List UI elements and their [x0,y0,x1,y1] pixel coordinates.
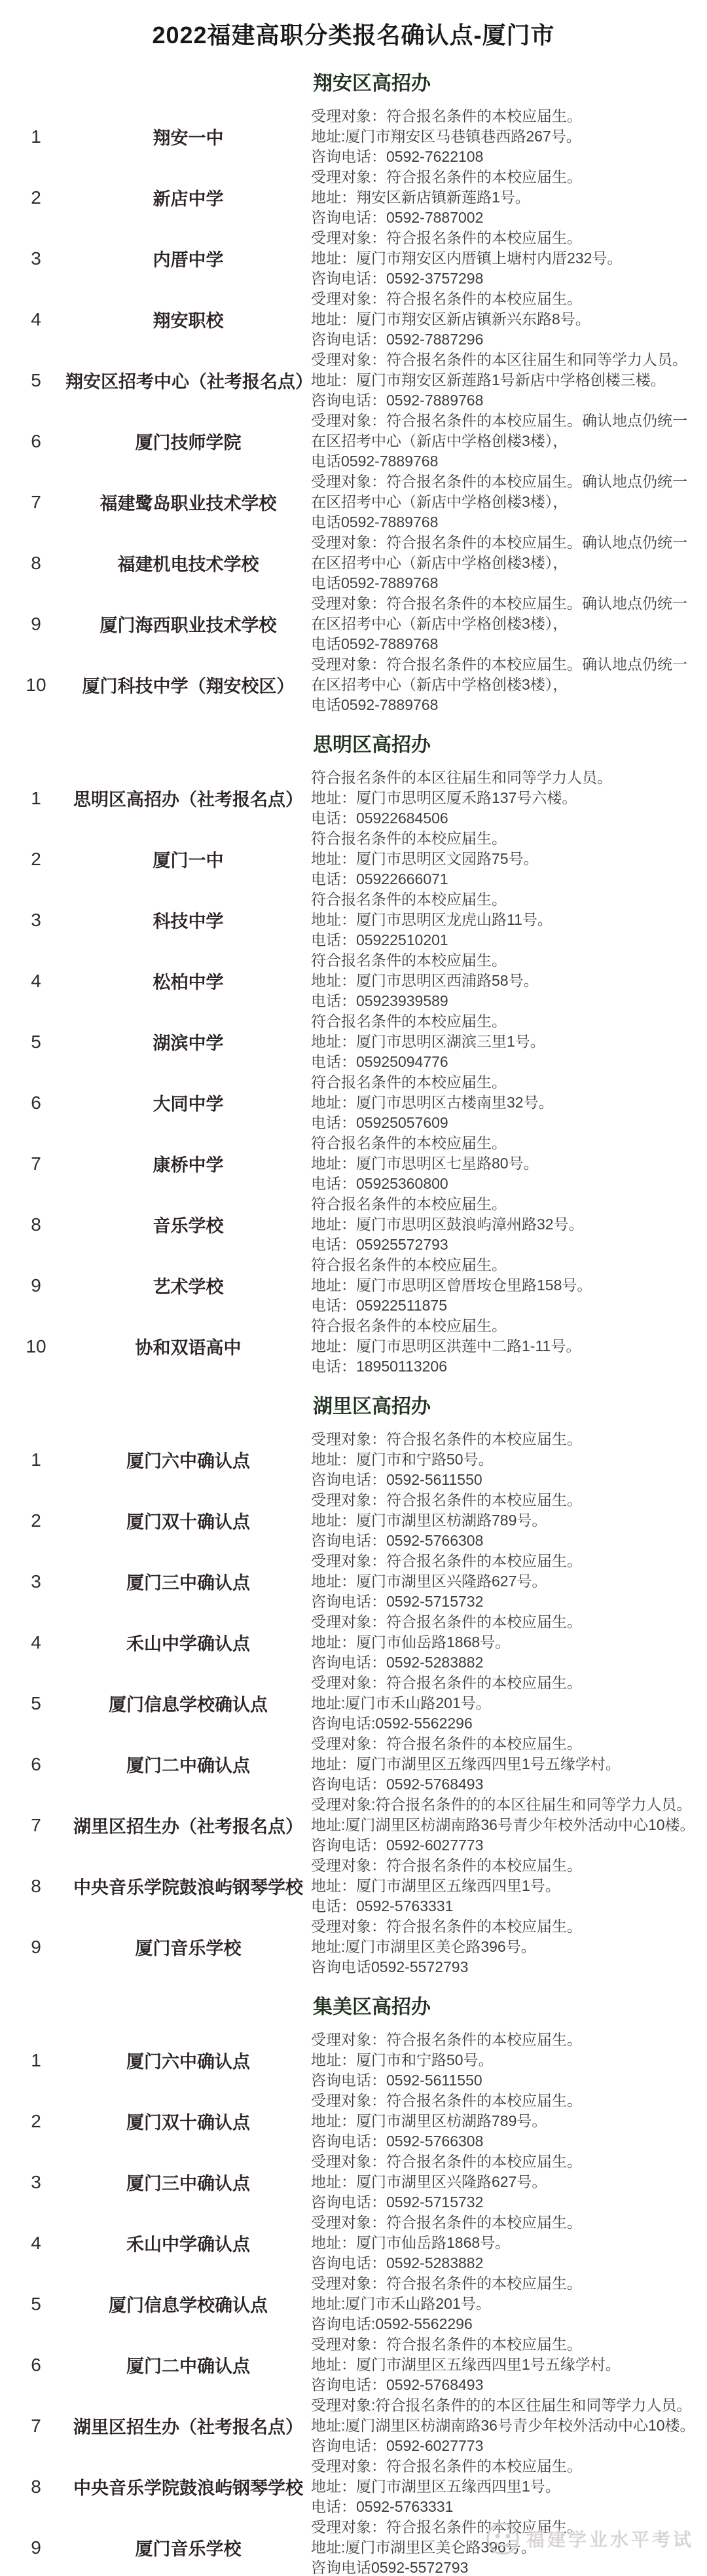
detail-line: 咨询电话：0592-5766308 [311,1531,707,1551]
detail-line: 电话：05925572793 [311,1235,707,1255]
detail-line: 咨询电话：0592-5715732 [311,1592,707,1612]
detail-line: 符合报名条件的本校应届生。 [311,1072,707,1092]
detail-line: 在区招考中心（新店中学格创楼3楼）， [311,431,707,451]
detail-line: 受理对象：符合报名条件的本校应届生。 [311,2030,707,2050]
school-name: 禾山中学确认点 [65,2230,311,2256]
detail-line: 受理对象：符合报名条件的本校应届生。 [311,2273,707,2294]
confirmation-point-row: 3 厦门三中确认点 受理对象：符合报名条件的本校应届生。地址：厦门市湖里区兴隆路… [0,1551,707,1612]
confirmation-point-row: 8 音乐学校 符合报名条件的本校应届生。地址：厦门市思明区鼓浪屿漳州路32号。电… [0,1194,707,1255]
detail-line: 符合报名条件的本校应届生。 [311,1133,707,1153]
row-number: 4 [0,2233,65,2254]
detail-line: 受理对象：符合报名条件的本校应届生。 [311,1734,707,1754]
detail-line: 地址：厦门市思明区龙虎山路11号。 [311,910,707,930]
detail-line: 咨询电话0592-5572793 [311,1957,707,1977]
row-details: 受理对象：符合报名条件的本校应届生。地址:厦门市翔安区马巷镇巷西路267号。咨询… [311,106,707,167]
row-number: 5 [0,2294,65,2315]
school-name: 松柏中学 [65,968,311,994]
row-details: 受理对象：符合报名条件的本校应届生。地址：厦门市湖里区五缘西四里1号。电话：05… [311,2456,707,2517]
confirmation-point-row: 5 厦门信息学校确认点 受理对象：符合报名条件的本校应届生。地址:厦门市禾山路2… [0,1673,707,1734]
row-details: 受理对象：符合报名条件的本校应届生。地址：厦门市湖里区兴隆路627号。咨询电话：… [311,2152,707,2212]
detail-line: 地址:厦门市翔安区马巷镇巷西路267号。 [311,126,707,147]
school-name: 思明区高招办（社考报名点） [65,785,311,811]
confirmation-point-row: 6 大同中学 符合报名条件的本校应届生。地址：厦门市思明区古楼南里32号。电话：… [0,1072,707,1133]
row-number: 6 [0,1754,65,1775]
row-details: 受理对象：符合报名条件的本校应届生。确认地点仍统一在区招考中心（新店中学格创楼3… [311,411,707,472]
detail-line: 受理对象：符合报名条件的本校应届生。 [311,1612,707,1632]
section-header: 湖里区高招办 [313,1394,707,1420]
confirmation-point-row: 4 禾山中学确认点 受理对象：符合报名条件的本校应届生。地址：厦门市仙岳路186… [0,2212,707,2273]
school-name: 湖里区招生办（社考报名点） [65,2413,311,2438]
row-number: 9 [0,2537,65,2558]
row-number: 3 [0,910,65,931]
school-name: 厦门海西职业技术学校 [65,611,311,637]
row-details: 受理对象：符合报名条件的本校应届生。地址：厦门市仙岳路1868号。咨询电话：05… [311,2212,707,2273]
detail-line: 地址:厦门市湖里区美仑路396号。 [311,1937,707,1957]
row-number: 4 [0,309,65,330]
row-number: 1 [0,788,65,809]
detail-line: 受理对象：符合报名条件的本校应届生。确认地点仍统一 [311,472,707,492]
detail-line: 电话：18950113206 [311,1356,707,1377]
row-details: 受理对象：符合报名条件的本校应届生。地址:厦门市禾山路201号。咨询电话:059… [311,1673,707,1734]
detail-line: 电话：05923939589 [311,991,707,1011]
detail-line: 受理对象：符合报名条件的本区往届生和同等学力人员。 [311,350,707,370]
detail-line: 受理对象：符合报名条件的本校应届生。 [311,2091,707,2111]
detail-line: 咨询电话：0592-5283882 [311,2253,707,2273]
school-name: 禾山中学确认点 [65,1630,311,1655]
detail-line: 咨询电话:0592-5562296 [311,1713,707,1734]
school-name: 内厝中学 [65,246,311,271]
row-number: 2 [0,1510,65,1531]
row-details: 符合报名条件的本区往届生和同等学力人员。地址：厦门市思明区厦禾路137号六楼。电… [311,768,707,829]
detail-line: 电话：05922511875 [311,1296,707,1316]
row-details: 受理对象：符合报名条件的本校应届生。地址：厦门市湖里区五缘西四里1号五缘学村。咨… [311,1734,707,1795]
row-details: 受理对象：符合报名条件的本校应届生。确认地点仍统一在区招考中心（新店中学格创楼3… [311,472,707,532]
row-number: 6 [0,1092,65,1113]
confirmation-point-row: 9 厦门音乐学校 受理对象：符合报名条件的本校应届生。地址:厦门市湖里区美仑路3… [0,1916,707,1977]
detail-line: 受理对象：符合报名条件的本校应届生。 [311,2334,707,2355]
detail-line: 地址：厦门市和宁路50号。 [311,1449,707,1470]
confirmation-point-row: 8 中央音乐学院鼓浪屿钢琴学校 受理对象：符合报名条件的本校应届生。地址：厦门市… [0,1856,707,1916]
confirmation-point-row: 2 新店中学 受理对象：符合报名条件的本校应届生。地址：翔安区新店镇新莲路1号。… [0,167,707,228]
document-page: { "title": "2022福建高职分类报名确认点-厦门市", "water… [0,0,707,2576]
confirmation-point-row: 7 康桥中学 符合报名条件的本校应届生。地址：厦门市思明区七星路80号。电话：0… [0,1133,707,1194]
detail-line: 受理对象：符合报名条件的本校应届生。 [311,1551,707,1571]
row-number: 7 [0,2416,65,2436]
detail-line: 咨询电话：0592-5283882 [311,1652,707,1673]
detail-line: 电话0592-7889768 [311,573,707,593]
school-name: 厦门音乐学校 [65,1934,311,1960]
detail-line: 地址：厦门市思明区七星路80号。 [311,1153,707,1174]
section-rows: 1 厦门六中确认点 受理对象：符合报名条件的本校应届生。地址：厦门市和宁路50号… [0,1429,707,1977]
detail-line: 地址:厦门湖里区枋湖南路36号青少年校外活动中心10楼。 [311,1815,707,1835]
confirmation-point-row: 6 厦门技师学院 受理对象：符合报名条件的本校应届生。确认地点仍统一在区招考中心… [0,411,707,472]
row-details: 符合报名条件的本校应届生。地址：厦门市思明区曾厝垵仓里路158号。电话：0592… [311,1255,707,1316]
detail-line: 地址：厦门市湖里区五缘西四里1号。 [311,2476,707,2497]
row-details: 符合报名条件的本校应届生。地址：厦门市思明区湖滨三里1号。电话：05925094… [311,1011,707,1072]
school-name: 厦门二中确认点 [65,2352,311,2378]
detail-line: 咨询电话：0592-5611550 [311,1470,707,1490]
row-number: 8 [0,1214,65,1235]
school-name: 大同中学 [65,1090,311,1115]
detail-line: 地址：厦门市湖里区五缘西四里1号。 [311,1876,707,1896]
row-number: 9 [0,1937,65,1958]
detail-line: 地址：厦门市思明区鼓浪屿漳州路32号。 [311,1214,707,1235]
detail-line: 受理对象：符合报名条件的本校应届生。 [311,228,707,248]
detail-line: 符合报名条件的本校应届生。 [311,1316,707,1336]
detail-line: 受理对象：符合报名条件的本校应届生。 [311,1490,707,1510]
confirmation-point-row: 2 厦门双十确认点 受理对象：符合报名条件的本校应届生。地址：厦门市湖里区枋湖路… [0,2091,707,2152]
row-number: 2 [0,2111,65,2132]
school-name: 厦门科技中学（翔安校区） [65,672,311,698]
detail-line: 地址：厦门市翔安区新店镇新兴东路8号。 [311,309,707,329]
district-section: 思明区高招办 1 思明区高招办（社考报名点） 符合报名条件的本区往届生和同等学力… [0,732,707,1377]
detail-line: 咨询电话：0592-3757298 [311,269,707,289]
row-number: 2 [0,849,65,870]
detail-line: 受理对象：符合报名条件的本校应届生。 [311,167,707,187]
row-details: 受理对象：符合报名条件的本校应届生。地址：厦门市湖里区兴隆路627号。咨询电话：… [311,1551,707,1612]
confirmation-point-row: 10 厦门科技中学（翔安校区） 受理对象：符合报名条件的本校应届生。确认地点仍统… [0,654,707,715]
confirmation-point-row: 2 厦门一中 符合报名条件的本校应届生。地址：厦门市思明区文园路75号。电话：0… [0,829,707,889]
detail-line: 电话0592-7889768 [311,634,707,654]
detail-line: 咨询电话：0592-7887296 [311,329,707,350]
row-number: 3 [0,1571,65,1592]
detail-line: 在区招考中心（新店中学格创楼3楼）， [311,492,707,512]
detail-line: 受理对象：符合报名条件的本校应届生。确认地点仍统一 [311,532,707,553]
detail-line: 地址：厦门市湖里区枋湖路789号。 [311,1510,707,1531]
detail-line: 地址:厦门市湖里区美仑路396号。 [311,2537,707,2558]
row-details: 受理对象：符合报名条件的本校应届生。确认地点仍统一在区招考中心（新店中学格创楼3… [311,532,707,593]
district-section: 集美区高招办 1 厦门六中确认点 受理对象：符合报名条件的本校应届生。地址：厦门… [0,1994,707,2576]
school-name: 科技中学 [65,907,311,933]
detail-line: 受理对象:符合报名条件的的本区往届生和同等学力人员。 [311,1795,707,1815]
row-details: 受理对象：符合报名条件的本校应届生。地址：厦门市翔安区内厝镇上塘村内厝232号。… [311,228,707,289]
detail-line: 地址：翔安区新店镇新莲路1号。 [311,187,707,208]
school-name: 厦门双十确认点 [65,1508,311,1533]
detail-line: 电话：05925360800 [311,1174,707,1194]
detail-line: 地址：厦门市和宁路50号。 [311,2050,707,2070]
detail-line: 地址：厦门市湖里区兴隆路627号。 [311,2172,707,2192]
detail-line: 受理对象：符合报名条件的本校应届生。 [311,289,707,309]
detail-line: 咨询电话:0592-5562296 [311,2314,707,2334]
confirmation-point-row: 7 湖里区招生办（社考报名点） 受理对象:符合报名条件的的本区往届生和同等学力人… [0,1795,707,1856]
detail-line: 受理对象：符合报名条件的本校应届生。确认地点仍统一 [311,654,707,675]
row-number: 6 [0,431,65,452]
school-name: 厦门信息学校确认点 [65,2291,311,2317]
section-header: 集美区高招办 [313,1994,707,2021]
section-rows: 1 思明区高招办（社考报名点） 符合报名条件的本区往届生和同等学力人员。地址：厦… [0,768,707,1377]
section-rows: 1 翔安一中 受理对象：符合报名条件的本校应届生。地址:厦门市翔安区马巷镇巷西路… [0,106,707,715]
detail-line: 地址：厦门市思明区文园路75号。 [311,849,707,869]
detail-line: 地址：厦门市仙岳路1868号。 [311,1632,707,1652]
row-details: 受理对象：符合报名条件的本校应届生。地址：厦门市湖里区枋湖路789号。咨询电话：… [311,2091,707,2152]
confirmation-point-row: 8 福建机电技术学校 受理对象：符合报名条件的本校应届生。确认地点仍统一在区招考… [0,532,707,593]
district-section: 湖里区高招办 1 厦门六中确认点 受理对象：符合报名条件的本校应届生。地址：厦门… [0,1394,707,1977]
detail-line: 地址：厦门市思明区洪莲中二路1-11号。 [311,1336,707,1356]
school-name: 厦门一中 [65,846,311,872]
section-header: 翔安区高招办 [313,71,707,97]
school-name: 新店中学 [65,185,311,210]
row-number: 1 [0,1449,65,1470]
row-details: 符合报名条件的本校应届生。地址：厦门市思明区西浦路58号。电话：05923939… [311,950,707,1011]
row-details: 符合报名条件的本校应届生。地址：厦门市思明区文园路75号。电话：05922666… [311,829,707,889]
confirmation-point-row: 1 翔安一中 受理对象：符合报名条件的本校应届生。地址:厦门市翔安区马巷镇巷西路… [0,106,707,167]
detail-line: 受理对象：符合报名条件的本校应届生。 [311,1916,707,1937]
row-number: 5 [0,370,65,391]
row-details: 受理对象：符合报名条件的本校应届生。地址：翔安区新店镇新莲路1号。咨询电话：05… [311,167,707,228]
detail-line: 电话：0592-5763331 [311,1896,707,1916]
detail-line: 地址：厦门市思明区古楼南里32号。 [311,1092,707,1113]
row-number: 8 [0,553,65,574]
detail-line: 咨询电话：0592-7887002 [311,208,707,228]
row-details: 受理对象：符合报名条件的本校应届生。地址:厦门市禾山路201号。咨询电话:059… [311,2273,707,2334]
confirmation-point-row: 7 福建鹭岛职业技术学校 受理对象：符合报名条件的本校应届生。确认地点仍统一在区… [0,472,707,532]
confirmation-table: 翔安区高招办 1 翔安一中 受理对象：符合报名条件的本校应届生。地址:厦门市翔安… [0,71,707,2576]
row-details: 受理对象:符合报名条件的的本区往届生和同等学力人员。地址:厦门湖里区枋湖南路36… [311,2395,707,2456]
detail-line: 地址：厦门市湖里区五缘西四里1号五缘学村。 [311,1754,707,1774]
confirmation-point-row: 7 湖里区招生办（社考报名点） 受理对象:符合报名条件的的本区往届生和同等学力人… [0,2395,707,2456]
school-name: 厦门音乐学校 [65,2535,311,2560]
detail-line: 符合报名条件的本校应届生。 [311,1194,707,1214]
school-name: 厦门六中确认点 [65,1447,311,1472]
school-name: 湖滨中学 [65,1029,311,1055]
row-number: 10 [0,675,65,696]
section-rows: 1 厦门六中确认点 受理对象：符合报名条件的本校应届生。地址：厦门市和宁路50号… [0,2030,707,2576]
row-details: 受理对象：符合报名条件的本校应届生。地址：厦门市翔安区新店镇新兴东路8号。咨询电… [311,289,707,350]
detail-line: 电话：05925094776 [311,1052,707,1072]
detail-line: 咨询电话：0592-5715732 [311,2192,707,2212]
row-number: 7 [0,492,65,513]
detail-line: 受理对象：符合报名条件的本校应届生。 [311,1429,707,1449]
detail-line: 受理对象：符合报名条件的本校应届生。 [311,1673,707,1693]
school-name: 厦门双十确认点 [65,2108,311,2134]
detail-line: 受理对象：符合报名条件的本校应届生。 [311,2456,707,2476]
detail-line: 地址：厦门市仙岳路1868号。 [311,2233,707,2253]
row-details: 符合报名条件的本校应届生。地址：厦门市思明区七星路80号。电话：05925360… [311,1133,707,1194]
row-details: 受理对象:符合报名条件的的本区往届生和同等学力人员。地址:厦门湖里区枋湖南路36… [311,1795,707,1856]
detail-line: 电话0592-7889768 [311,695,707,715]
school-name: 厦门信息学校确认点 [65,1690,311,1716]
detail-line: 电话：0592-5763331 [311,2497,707,2517]
confirmation-point-row: 3 科技中学 符合报名条件的本校应届生。地址：厦门市思明区龙虎山路11号。电话：… [0,889,707,950]
detail-line: 在区招考中心（新店中学格创楼3楼）， [311,614,707,634]
detail-line: 受理对象：符合报名条件的本校应届生。确认地点仍统一 [311,411,707,431]
row-number: 6 [0,2355,65,2376]
confirmation-point-row: 10 协和双语高中 符合报名条件的本校应届生。地址：厦门市思明区洪莲中二路1-1… [0,1316,707,1377]
confirmation-point-row: 1 思明区高招办（社考报名点） 符合报名条件的本区往届生和同等学力人员。地址：厦… [0,768,707,829]
detail-line: 符合报名条件的本校应届生。 [311,1011,707,1032]
row-number: 9 [0,1275,65,1296]
school-name: 康桥中学 [65,1151,311,1176]
row-number: 1 [0,126,65,147]
row-number: 10 [0,1336,65,1357]
detail-line: 受理对象：符合报名条件的本校应届生。 [311,2517,707,2537]
school-name: 厦门技师学院 [65,428,311,454]
detail-line: 电话：05922666071 [311,869,707,889]
detail-line: 电话0592-7889768 [311,451,707,472]
confirmation-point-row: 9 厦门音乐学校 受理对象：符合报名条件的本校应届生。地址:厦门市湖里区美仑路3… [0,2517,707,2576]
row-number: 8 [0,1876,65,1897]
detail-line: 地址：厦门市湖里区枋湖路789号。 [311,2111,707,2131]
confirmation-point-row: 9 艺术学校 符合报名条件的本校应届生。地址：厦门市思明区曾厝垵仓里路158号。… [0,1255,707,1316]
detail-line: 符合报名条件的本校应届生。 [311,950,707,971]
confirmation-point-row: 6 厦门二中确认点 受理对象：符合报名条件的本校应届生。地址：厦门市湖里区五缘西… [0,1734,707,1795]
school-name: 中央音乐学院鼓浪屿钢琴学校 [65,1873,311,1899]
school-name: 艺术学校 [65,1273,311,1298]
detail-line: 咨询电话：0592-5766308 [311,2131,707,2152]
school-name: 厦门六中确认点 [65,2047,311,2073]
row-number: 2 [0,187,65,208]
row-details: 受理对象：符合报名条件的本校应届生。确认地点仍统一在区招考中心（新店中学格创楼3… [311,654,707,715]
row-details: 受理对象：符合报名条件的本校应届生。地址：厦门市湖里区五缘西四里1号五缘学村。咨… [311,2334,707,2395]
detail-line: 咨询电话0592-5572793 [311,2558,707,2576]
row-details: 符合报名条件的本校应届生。地址：厦门市思明区古楼南里32号。电话：0592505… [311,1072,707,1133]
row-number: 3 [0,248,65,269]
school-name: 中央音乐学院鼓浪屿钢琴学校 [65,2474,311,2499]
detail-line: 符合报名条件的本区往届生和同等学力人员。 [311,768,707,788]
row-number: 4 [0,971,65,992]
school-name: 翔安一中 [65,124,311,149]
confirmation-point-row: 3 内厝中学 受理对象：符合报名条件的本校应届生。地址：厦门市翔安区内厝镇上塘村… [0,228,707,289]
row-number: 1 [0,2050,65,2071]
detail-line: 地址：厦门市思明区西浦路58号。 [311,971,707,991]
row-number: 5 [0,1032,65,1053]
detail-line: 受理对象：符合报名条件的本校应届生。 [311,1856,707,1876]
detail-line: 受理对象：符合报名条件的本校应届生。 [311,2212,707,2233]
detail-line: 符合报名条件的本校应届生。 [311,829,707,849]
detail-line: 受理对象：符合报名条件的本校应届生。 [311,106,707,126]
confirmation-point-row: 6 厦门二中确认点 受理对象：符合报名条件的本校应届生。地址：厦门市湖里区五缘西… [0,2334,707,2395]
detail-line: 地址：厦门市湖里区五缘西四里1号五缘学村。 [311,2355,707,2375]
detail-line: 受理对象:符合报名条件的的本区往届生和同等学力人员。 [311,2395,707,2416]
confirmation-point-row: 1 厦门六中确认点 受理对象：符合报名条件的本校应届生。地址：厦门市和宁路50号… [0,1429,707,1490]
row-details: 受理对象：符合报名条件的本校应届生。地址:厦门市湖里区美仑路396号。咨询电话0… [311,1916,707,1977]
row-number: 5 [0,1693,65,1714]
detail-line: 地址：厦门市思明区湖滨三里1号。 [311,1032,707,1052]
detail-line: 咨询电话：0592-5768493 [311,2375,707,2395]
detail-line: 在区招考中心（新店中学格创楼3楼）， [311,675,707,695]
row-number: 7 [0,1815,65,1836]
row-details: 受理对象：符合报名条件的本校应届生。地址:厦门市湖里区美仑路396号。咨询电话0… [311,2517,707,2576]
confirmation-point-row: 5 湖滨中学 符合报名条件的本校应届生。地址：厦门市思明区湖滨三里1号。电话：0… [0,1011,707,1072]
row-details: 受理对象：符合报名条件的本校应届生。地址：厦门市湖里区五缘西四里1号。电话：05… [311,1856,707,1916]
school-name: 厦门三中确认点 [65,1569,311,1594]
detail-line: 地址:厦门市禾山路201号。 [311,1693,707,1713]
confirmation-point-row: 3 厦门三中确认点 受理对象：符合报名条件的本校应届生。地址：厦门市湖里区兴隆路… [0,2152,707,2212]
detail-line: 电话：05922684506 [311,808,707,829]
school-name: 厦门三中确认点 [65,2169,311,2195]
school-name: 湖里区招生办（社考报名点） [65,1812,311,1838]
row-details: 符合报名条件的本校应届生。地址：厦门市思明区洪莲中二路1-11号。电话：1895… [311,1316,707,1377]
confirmation-point-row: 5 厦门信息学校确认点 受理对象：符合报名条件的本校应届生。地址:厦门市禾山路2… [0,2273,707,2334]
detail-line: 咨询电话：0592-5768493 [311,1774,707,1795]
detail-line: 咨询电话：0592-5611550 [311,2070,707,2091]
school-name: 音乐学校 [65,1212,311,1237]
row-number: 3 [0,2172,65,2193]
school-name: 福建机电技术学校 [65,550,311,576]
school-name: 厦门二中确认点 [65,1751,311,1777]
school-name: 协和双语高中 [65,1334,311,1359]
row-details: 符合报名条件的本校应届生。地址：厦门市思明区龙虎山路11号。电话：0592251… [311,889,707,950]
detail-line: 地址:厦门湖里区枋湖南路36号青少年校外活动中心10楼。 [311,2416,707,2436]
detail-line: 电话0592-7889768 [311,512,707,532]
detail-line: 电话：05922510201 [311,930,707,950]
detail-line: 符合报名条件的本校应届生。 [311,1255,707,1275]
row-details: 受理对象：符合报名条件的本校应届生。地址：厦门市湖里区枋湖路789号。咨询电话：… [311,1490,707,1551]
detail-line: 咨询电话：0592-6027773 [311,1835,707,1856]
detail-line: 咨询电话：0592-7889768 [311,390,707,411]
row-details: 受理对象：符合报名条件的本校应届生。地址：厦门市和宁路50号。咨询电话：0592… [311,2030,707,2091]
row-details: 受理对象：符合报名条件的本区往届生和同等学力人员。地址：厦门市翔安区新莲路1号新… [311,350,707,411]
detail-line: 地址:厦门市禾山路201号。 [311,2294,707,2314]
detail-line: 电话：05925057609 [311,1113,707,1133]
school-name: 福建鹭岛职业技术学校 [65,489,311,515]
row-number: 7 [0,1153,65,1174]
detail-line: 地址：厦门市翔安区新莲路1号新店中学格创楼三楼。 [311,370,707,390]
row-number: 8 [0,2476,65,2497]
detail-line: 在区招考中心（新店中学格创楼3楼）， [311,553,707,573]
confirmation-point-row: 8 中央音乐学院鼓浪屿钢琴学校 受理对象：符合报名条件的本校应届生。地址：厦门市… [0,2456,707,2517]
detail-line: 受理对象：符合报名条件的本校应届生。确认地点仍统一 [311,593,707,614]
row-number: 9 [0,614,65,635]
detail-line: 符合报名条件的本校应届生。 [311,889,707,910]
confirmation-point-row: 9 厦门海西职业技术学校 受理对象：符合报名条件的本校应届生。确认地点仍统一在区… [0,593,707,654]
detail-line: 咨询电话：0592-6027773 [311,2436,707,2456]
school-name: 翔安职校 [65,307,311,332]
row-number: 4 [0,1632,65,1653]
page-title: 2022福建高职分类报名确认点-厦门市 [0,0,707,54]
row-details: 受理对象：符合报名条件的本校应届生。确认地点仍统一在区招考中心（新店中学格创楼3… [311,593,707,654]
detail-line: 咨询电话：0592-7622108 [311,147,707,167]
confirmation-point-row: 4 松柏中学 符合报名条件的本校应届生。地址：厦门市思明区西浦路58号。电话：0… [0,950,707,1011]
confirmation-point-row: 4 禾山中学确认点 受理对象：符合报名条件的本校应届生。地址：厦门市仙岳路186… [0,1612,707,1673]
detail-line: 地址：厦门市思明区厦禾路137号六楼。 [311,788,707,808]
section-header: 思明区高招办 [313,732,707,758]
confirmation-point-row: 2 厦门双十确认点 受理对象：符合报名条件的本校应届生。地址：厦门市湖里区枋湖路… [0,1490,707,1551]
school-name: 翔安区招考中心（社考报名点） [65,367,311,393]
confirmation-point-row: 5 翔安区招考中心（社考报名点） 受理对象：符合报名条件的本区往届生和同等学力人… [0,350,707,411]
detail-line: 地址：厦门市翔安区内厝镇上塘村内厝232号。 [311,248,707,269]
detail-line: 地址：厦门市思明区曾厝垵仓里路158号。 [311,1275,707,1296]
confirmation-point-row: 1 厦门六中确认点 受理对象：符合报名条件的本校应届生。地址：厦门市和宁路50号… [0,2030,707,2091]
row-details: 符合报名条件的本校应届生。地址：厦门市思明区鼓浪屿漳州路32号。电话：05925… [311,1194,707,1255]
detail-line: 受理对象：符合报名条件的本校应届生。 [311,2152,707,2172]
row-details: 受理对象：符合报名条件的本校应届生。地址：厦门市仙岳路1868号。咨询电话：05… [311,1612,707,1673]
detail-line: 地址：厦门市湖里区兴隆路627号。 [311,1571,707,1592]
row-details: 受理对象：符合报名条件的本校应届生。地址：厦门市和宁路50号。咨询电话：0592… [311,1429,707,1490]
district-section: 翔安区高招办 1 翔安一中 受理对象：符合报名条件的本校应届生。地址:厦门市翔安… [0,71,707,715]
confirmation-point-row: 4 翔安职校 受理对象：符合报名条件的本校应届生。地址：厦门市翔安区新店镇新兴东… [0,289,707,350]
